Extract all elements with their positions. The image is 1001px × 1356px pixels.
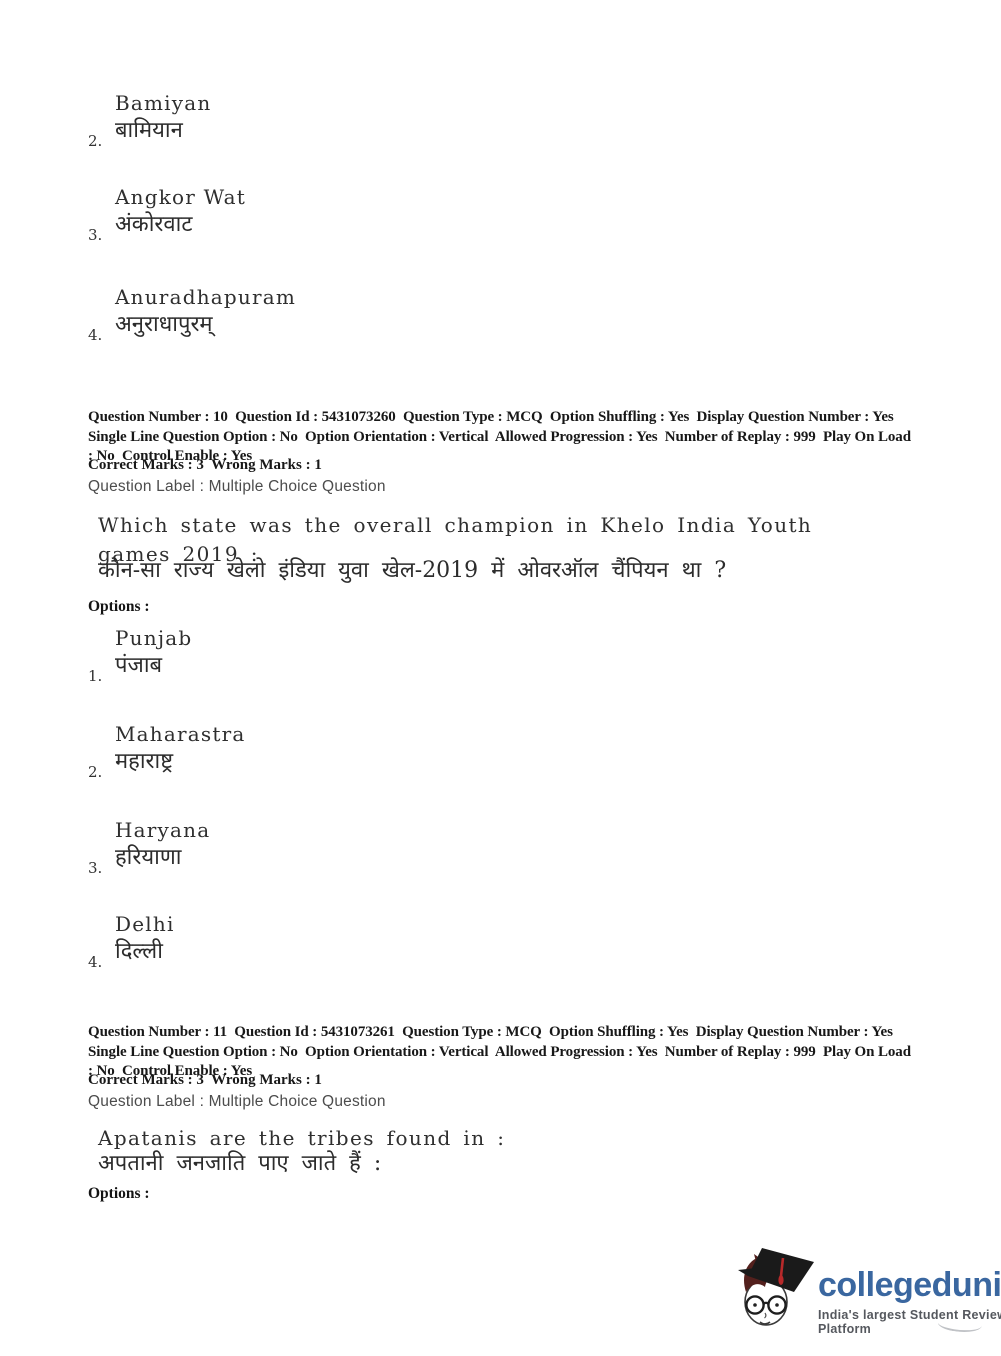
option-text-english: Maharastra [115, 721, 245, 747]
option-text-hindi: अनुराधापुरम् [115, 310, 296, 340]
option-number: 4. [88, 326, 102, 344]
option-text-english: Delhi [115, 911, 175, 937]
carryover-option-2: 2. Bamiyan बामियान [88, 90, 212, 146]
option-text-english: Haryana [115, 817, 210, 843]
carryover-option-3: 3. Angkor Wat अंकोरवाट [88, 184, 246, 240]
option-number: 3. [88, 226, 102, 244]
question-10-options-label: Options : [88, 598, 150, 616]
collegedunia-mascot-icon [736, 1246, 816, 1338]
question-10-option-1: 1. Punjab पंजाब [88, 625, 192, 681]
question-11-marks: Correct Marks : 3 Wrong Marks : 1 [88, 1072, 322, 1089]
option-text-hindi: बामियान [115, 116, 212, 146]
question-11-label: Question Label : Multiple Choice Questio… [88, 1093, 386, 1111]
option-text-hindi: अंकोरवाट [115, 210, 246, 240]
option-text-english: Angkor Wat [115, 184, 246, 210]
question-11-text-hindi: अपतानी जनजाति पाए जाते हैं : [98, 1149, 878, 1179]
option-number: 1. [88, 667, 102, 685]
option-text-hindi: पंजाब [115, 651, 192, 681]
option-text-english: Bamiyan [115, 90, 212, 116]
option-text-english: Punjab [115, 625, 192, 651]
question-10-option-4: 4. Delhi दिल्ली [88, 911, 175, 967]
option-number: 2. [88, 763, 102, 781]
option-text-hindi: दिल्ली [115, 937, 175, 967]
collegedunia-wordmark: collegedunia [818, 1268, 1001, 1302]
question-10-marks: Correct Marks : 3 Wrong Marks : 1 [88, 457, 322, 474]
carryover-option-4: 4. Anuradhapuram अनुराधापुरम् [88, 284, 296, 340]
question-10-label: Question Label : Multiple Choice Questio… [88, 478, 386, 496]
option-text-english: Anuradhapuram [115, 284, 296, 310]
question-10-option-3: 3. Haryana हरियाणा [88, 817, 210, 873]
question-10-text-hindi: कौन-सा राज्य खेलो इंडिया युवा खेल-2019 म… [98, 556, 878, 586]
question-11-options-label: Options : [88, 1185, 150, 1203]
option-number: 4. [88, 953, 102, 971]
option-text-hindi: महाराष्ट्र [115, 747, 245, 777]
option-number: 3. [88, 859, 102, 877]
option-number: 2. [88, 132, 102, 150]
option-text-hindi: हरियाणा [115, 843, 210, 873]
question-10-option-2: 2. Maharastra महाराष्ट्र [88, 721, 245, 777]
scanned-question-paper-page: 2. Bamiyan बामियान 3. Angkor Wat अंकोरवा… [0, 0, 1001, 1356]
